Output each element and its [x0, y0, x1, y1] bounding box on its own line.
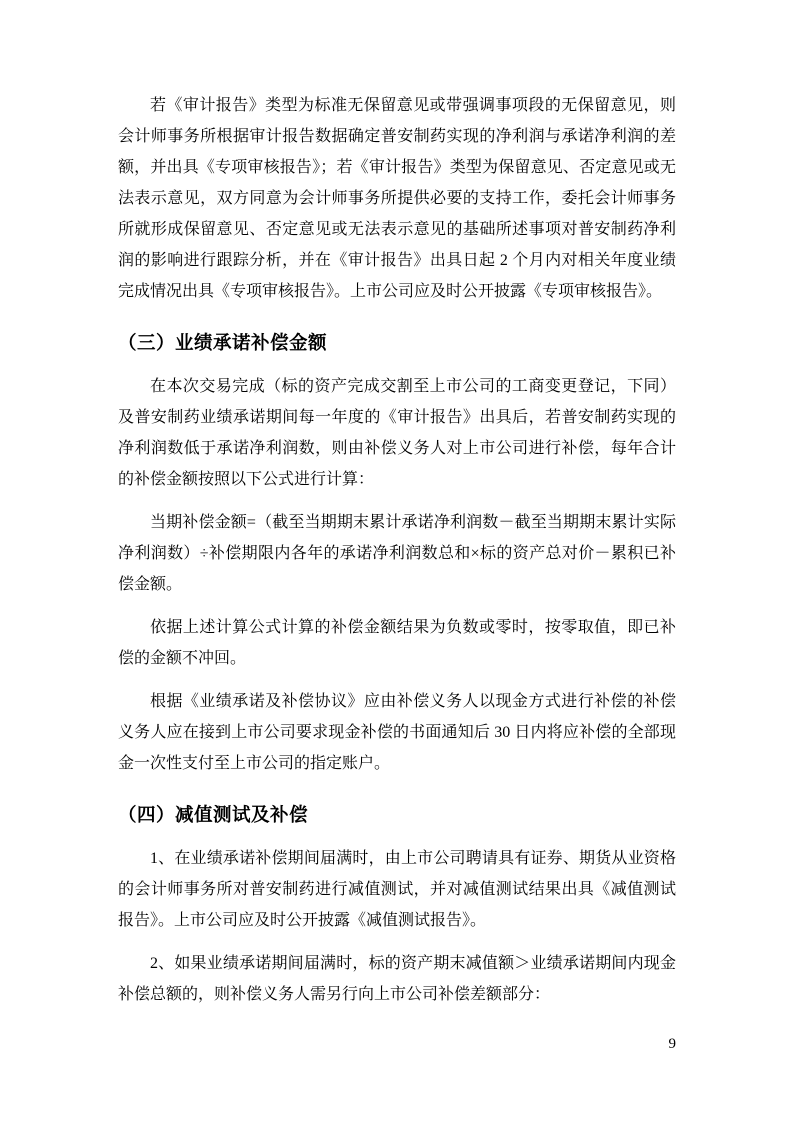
- body-paragraph-compensation-formula: 当期补偿金额=（截至当期期末累计承诺净利润数－截至当期期末累计实际净利润数）÷补…: [118, 507, 676, 600]
- body-paragraph-audit-report-opinion: 若《审计报告》类型为标准无保留意见或带强调事项段的无保留意见，则会计师事务所根据…: [118, 90, 676, 307]
- body-paragraph-zero-value-rule: 依据上述计算公式计算的补偿金额结果为负数或零时，按零取值，即已补偿的金额不冲回。: [118, 612, 676, 674]
- document-page: 若《审计报告》类型为标准无保留意见或带强调事项段的无保留意见，则会计师事务所根据…: [0, 0, 794, 1122]
- body-paragraph-cash-payment-30days: 根据《业绩承诺及补偿协议》应由补偿义务人以现金方式进行补偿的补偿义务人应在接到上…: [118, 686, 676, 779]
- document-content: 若《审计报告》类型为标准无保留意见或带强调事项段的无保留意见，则会计师事务所根据…: [118, 90, 676, 1010]
- body-paragraph-impairment-test-report: 1、在业绩承诺补偿期间届满时，由上市公司聘请具有证券、期货从业资格的会计师事务所…: [118, 843, 676, 936]
- body-paragraph-impairment-difference: 2、如果业绩承诺期间届满时，标的资产期末减值额＞业绩承诺期间内现金补偿总额的，则…: [118, 948, 676, 1010]
- page-number: 9: [669, 1034, 677, 1054]
- body-paragraph-transaction-completion: 在本次交易完成（标的资产完成交割至上市公司的工商变更登记，下同）及普安制药业绩承…: [118, 371, 676, 495]
- section-heading-3-compensation-amount: （三）业绩承诺补偿金额: [118, 329, 676, 357]
- section-heading-4-impairment-test: （四）减值测试及补偿: [118, 801, 676, 829]
